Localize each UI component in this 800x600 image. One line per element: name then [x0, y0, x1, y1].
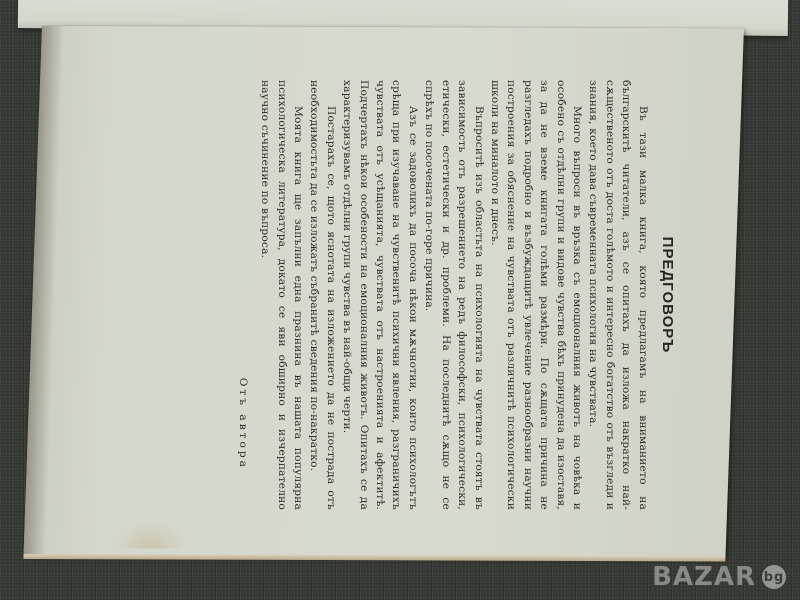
paragraph-2: Много въпроси въ връзка съ емоционалния … [487, 80, 585, 510]
paper-stain [114, 520, 190, 548]
paragraph-4: Азъ се задоволихъ да посоча нѣкои мѫчнот… [339, 80, 421, 510]
watermark-text: BAZAR [652, 562, 756, 592]
paragraph-5: Постарахъ се, щото яснотата на изложение… [306, 80, 339, 510]
paragraph-1: Въ тази малка книга, която предлагамъ на… [585, 80, 651, 510]
watermark: BAZAR bg [652, 562, 786, 592]
page-edge [23, 554, 725, 561]
author-signature: Отъ автора [234, 80, 250, 510]
spine-shadow [23, 26, 64, 556]
watermark-badge-icon: bg [762, 565, 786, 589]
preface-text: ПРЕДГОВОРЪ Въ тази малка книга, която пр… [115, 80, 675, 510]
page-title: ПРЕДГОВОРЪ [659, 80, 675, 510]
paragraph-3: Въпроситѣ изъ областьта на психологията … [421, 80, 487, 510]
paragraph-6: Моята книга ще запълни една празнина въ … [257, 80, 306, 510]
